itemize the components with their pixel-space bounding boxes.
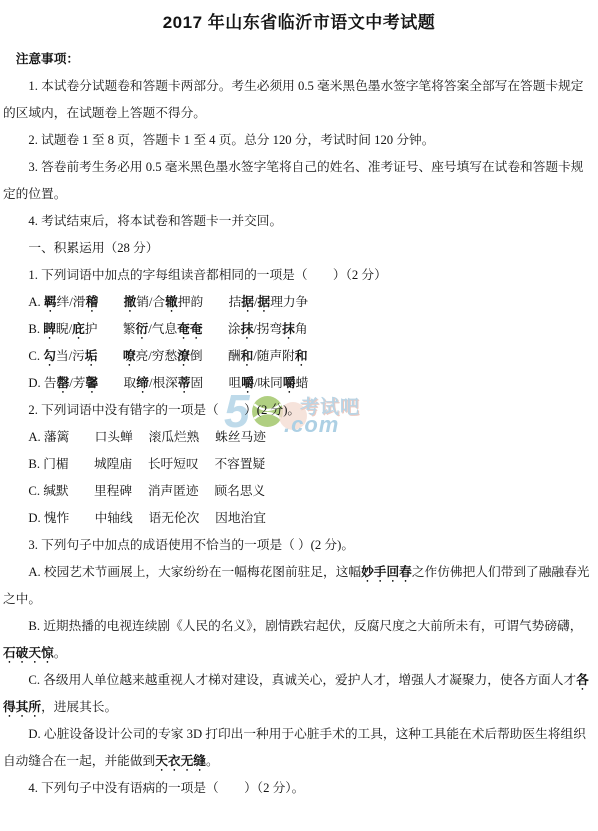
text-run: 1. 本试卷分试题卷和答题卡两部分。考生必须用 0.5 毫米黑色墨水签字笔将答案… (3, 79, 583, 120)
emphasized-term: 石破天惊 (3, 646, 54, 660)
text-run: B. 近期热播的电视连续剧《人民的名义》，剧情跌宕起伏，反腐尺度之大前所未有，可… (28, 619, 582, 633)
emphasized-term: 据 (258, 295, 271, 309)
text-run: 2. 下列词语中没有错字的一项是（ ）(2 分)。 (28, 403, 300, 417)
text-run: 3. 答卷前考生务必用 0.5 毫米黑色墨水签字笔将自己的姓名、准考证号、座号填… (3, 160, 583, 201)
emphasized-term: 勾 (43, 349, 56, 363)
text-run: 角 (295, 322, 308, 336)
emphasized-term: 抹 (282, 322, 295, 336)
text-run: 注意事项： (16, 52, 79, 66)
text-run: 亮/穷愁 (136, 349, 178, 363)
emphasized-term: 撤 (124, 295, 137, 309)
text-run: 4. 下列句子中没有语病的一项是（ ）（2 分）。 (28, 781, 304, 795)
page-title: 2017 年山东省临沂市语文中考试题 (3, 10, 595, 36)
text-run: 一、积累运用（28 分） (28, 241, 158, 255)
emphasized-term: 蒂 (178, 376, 191, 390)
text-run: 睨/ (56, 322, 72, 336)
doc-paragraph: 1. 本试卷分试题卷和答题卡两部分。考生必须用 0.5 毫米黑色墨水签字笔将答案… (3, 73, 595, 127)
text-run: 。 (54, 646, 67, 660)
text-run: A. (28, 295, 44, 309)
emphasized-term: 罄 (57, 376, 70, 390)
text-run: D. 心脏设备设计公司的专家 3D 打印出一种用于心脏手术的工具，这种工具能在术… (3, 727, 586, 768)
doc-paragraph: 4. 下列句子中没有语病的一项是（ ）（2 分）。 (3, 775, 595, 802)
emphasized-term: 馨 (86, 376, 99, 390)
text-run: A. 校园艺术节画展上，大家纷纷在一幅梅花图前驻足，这幅 (28, 565, 361, 579)
doc-paragraph: 4. 考试结束后，将本试卷和答题卡一并交回。 (3, 208, 595, 235)
doc-paragraph: A. 藩篱 口头蝉 滚瓜烂熟 蛛丝马迹 (3, 424, 595, 451)
text-run: C. (28, 349, 43, 363)
text-run: 押韵 拮 (178, 295, 241, 309)
text-run: B. 门楣 城隍庙 长吁短叹 不容置疑 (28, 457, 265, 471)
text-run: ，进展其长。 (41, 700, 117, 714)
text-run: 护 繁 (85, 322, 136, 336)
text-run: 理力争 (270, 295, 308, 309)
text-run: 取 (98, 376, 136, 390)
emphasized-term: 妙手回春 (361, 565, 412, 579)
doc-paragraph: B. 近期热播的电视连续剧《人民的名义》，剧情跌宕起伏，反腐尺度之大前所未有，可… (3, 613, 595, 667)
doc-paragraph: D. 心脏设备设计公司的专家 3D 打印出一种用于心脏手术的工具，这种工具能在术… (3, 721, 595, 775)
text-run: /随声附 (253, 349, 295, 363)
text-run (97, 349, 122, 363)
doc-paragraph: B. 睥睨/庇护 繁衍/气息奄奄 涂抹/拐弯抹角 (3, 316, 595, 343)
doc-paragraph: 一、积累运用（28 分） (3, 235, 595, 262)
emphasized-term: 衍 (136, 322, 149, 336)
text-run: 倒 酬 (190, 349, 241, 363)
emphasized-term: 和 (241, 349, 254, 363)
text-run (98, 295, 123, 309)
text-run: /芳 (69, 376, 85, 390)
text-run: /味同 (254, 376, 283, 390)
document-content: 2017 年山东省临沂市语文中考试题 注意事项：1. 本试卷分试题卷和答题卡两部… (0, 0, 598, 802)
text-run: B. (28, 322, 43, 336)
emphasized-term: 睥 (43, 322, 56, 336)
text-run: C. 缄默 里程碑 消声匿迹 顾名思义 (28, 484, 265, 498)
emphasized-term: 奄奄 (177, 322, 202, 336)
text-run: /拐弯 (253, 322, 282, 336)
text-run: C. 各级用人单位越来越重视人才梯对建设，真诚关心，爱护人才，增强人才凝聚力，使… (28, 673, 576, 687)
text-run: 绊/滑 (57, 295, 86, 309)
doc-paragraph: D. 愧怍 中轴线 语无伦次 因地治宜 (3, 505, 595, 532)
emphasized-term: 嚼 (241, 376, 254, 390)
text-run: D. 告 (28, 376, 56, 390)
doc-paragraph: A. 羁绊/滑稽 撤销/合辙押韵 拮据/据理力争 (3, 289, 595, 316)
text-run: 固 咀 (191, 376, 242, 390)
emphasized-term: 潦 (177, 349, 190, 363)
doc-paragraph: 2. 下列词语中没有错字的一项是（ ）(2 分)。 (3, 397, 595, 424)
doc-paragraph: 3. 答卷前考生务必用 0.5 毫米黑色墨水签字笔将自己的姓名、准考证号、座号填… (3, 154, 595, 208)
doc-paragraph: B. 门楣 城隍庙 长吁短叹 不容置疑 (3, 451, 595, 478)
text-run: A. 藩篱 口头蝉 滚瓜烂熟 蛛丝马迹 (28, 430, 266, 444)
doc-paragraph: C. 各级用人单位越来越重视人才梯对建设，真诚关心，爱护人才，增强人才凝聚力，使… (3, 667, 595, 721)
emphasized-term: 嚼 (283, 376, 296, 390)
doc-paragraph: 2. 试题卷 1 至 8 页，答题卡 1 至 4 页。总分 120 分，考试时间… (3, 127, 595, 154)
notice-heading: 注意事项： (3, 46, 595, 73)
text-run: /根深 (149, 376, 178, 390)
text-run: 当/污 (56, 349, 85, 363)
emphasized-term: 羁 (44, 295, 57, 309)
text-run: 2. 试题卷 1 至 8 页，答题卡 1 至 4 页。总分 120 分，考试时间… (28, 133, 434, 147)
emphasized-term: 抹 (241, 322, 254, 336)
text-run: 销/合 (136, 295, 165, 309)
doc-paragraph: C. 勾当/污垢 嘹亮/穷愁潦倒 酬和/随声附和 (3, 343, 595, 370)
doc-paragraph: D. 告罄/芳馨 取缔/根深蒂固 咀嚼/味同嚼蜡 (3, 370, 595, 397)
doc-paragraph: A. 校园艺术节画展上，大家纷纷在一幅梅花图前驻足，这幅妙手回春之作仿佛把人们带… (3, 559, 595, 613)
document-body: 注意事项：1. 本试卷分试题卷和答题卡两部分。考生必须用 0.5 毫米黑色墨水签… (3, 46, 595, 802)
exam-paper-page: 5 考试吧 .com 2017 年山东省临沂市语文中考试题 注意事项：1. 本试… (0, 0, 598, 831)
emphasized-term: 庇 (72, 322, 85, 336)
emphasized-term: 嘹 (123, 349, 136, 363)
text-run: 1. 下列词语中加点的字每组读音都相同的一项是（ ）（2 分） (28, 268, 386, 282)
text-run: 涂 (203, 322, 241, 336)
text-run: 4. 考试结束后，将本试卷和答题卡一并交回。 (28, 214, 282, 228)
emphasized-term: 垢 (85, 349, 98, 363)
text-run: 。 (206, 754, 219, 768)
doc-paragraph: 1. 下列词语中加点的字每组读音都相同的一项是（ ）（2 分） (3, 262, 595, 289)
text-run: /气息 (148, 322, 177, 336)
text-run: D. 愧怍 中轴线 语无伦次 因地治宜 (28, 511, 266, 525)
doc-paragraph: 3. 下列句子中加点的成语使用不恰当的一项是（ ）(2 分)。 (3, 532, 595, 559)
emphasized-term: 据 (241, 295, 254, 309)
emphasized-term: 天衣无缝 (155, 754, 206, 768)
text-run: 蜡 (296, 376, 309, 390)
emphasized-term: 稽 (86, 295, 99, 309)
emphasized-term: 辙 (165, 295, 178, 309)
text-run: 3. 下列句子中加点的成语使用不恰当的一项是（ ）(2 分)。 (28, 538, 354, 552)
emphasized-term: 和 (295, 349, 308, 363)
doc-paragraph: C. 缄默 里程碑 消声匿迹 顾名思义 (3, 478, 595, 505)
emphasized-term: 缔 (136, 376, 149, 390)
